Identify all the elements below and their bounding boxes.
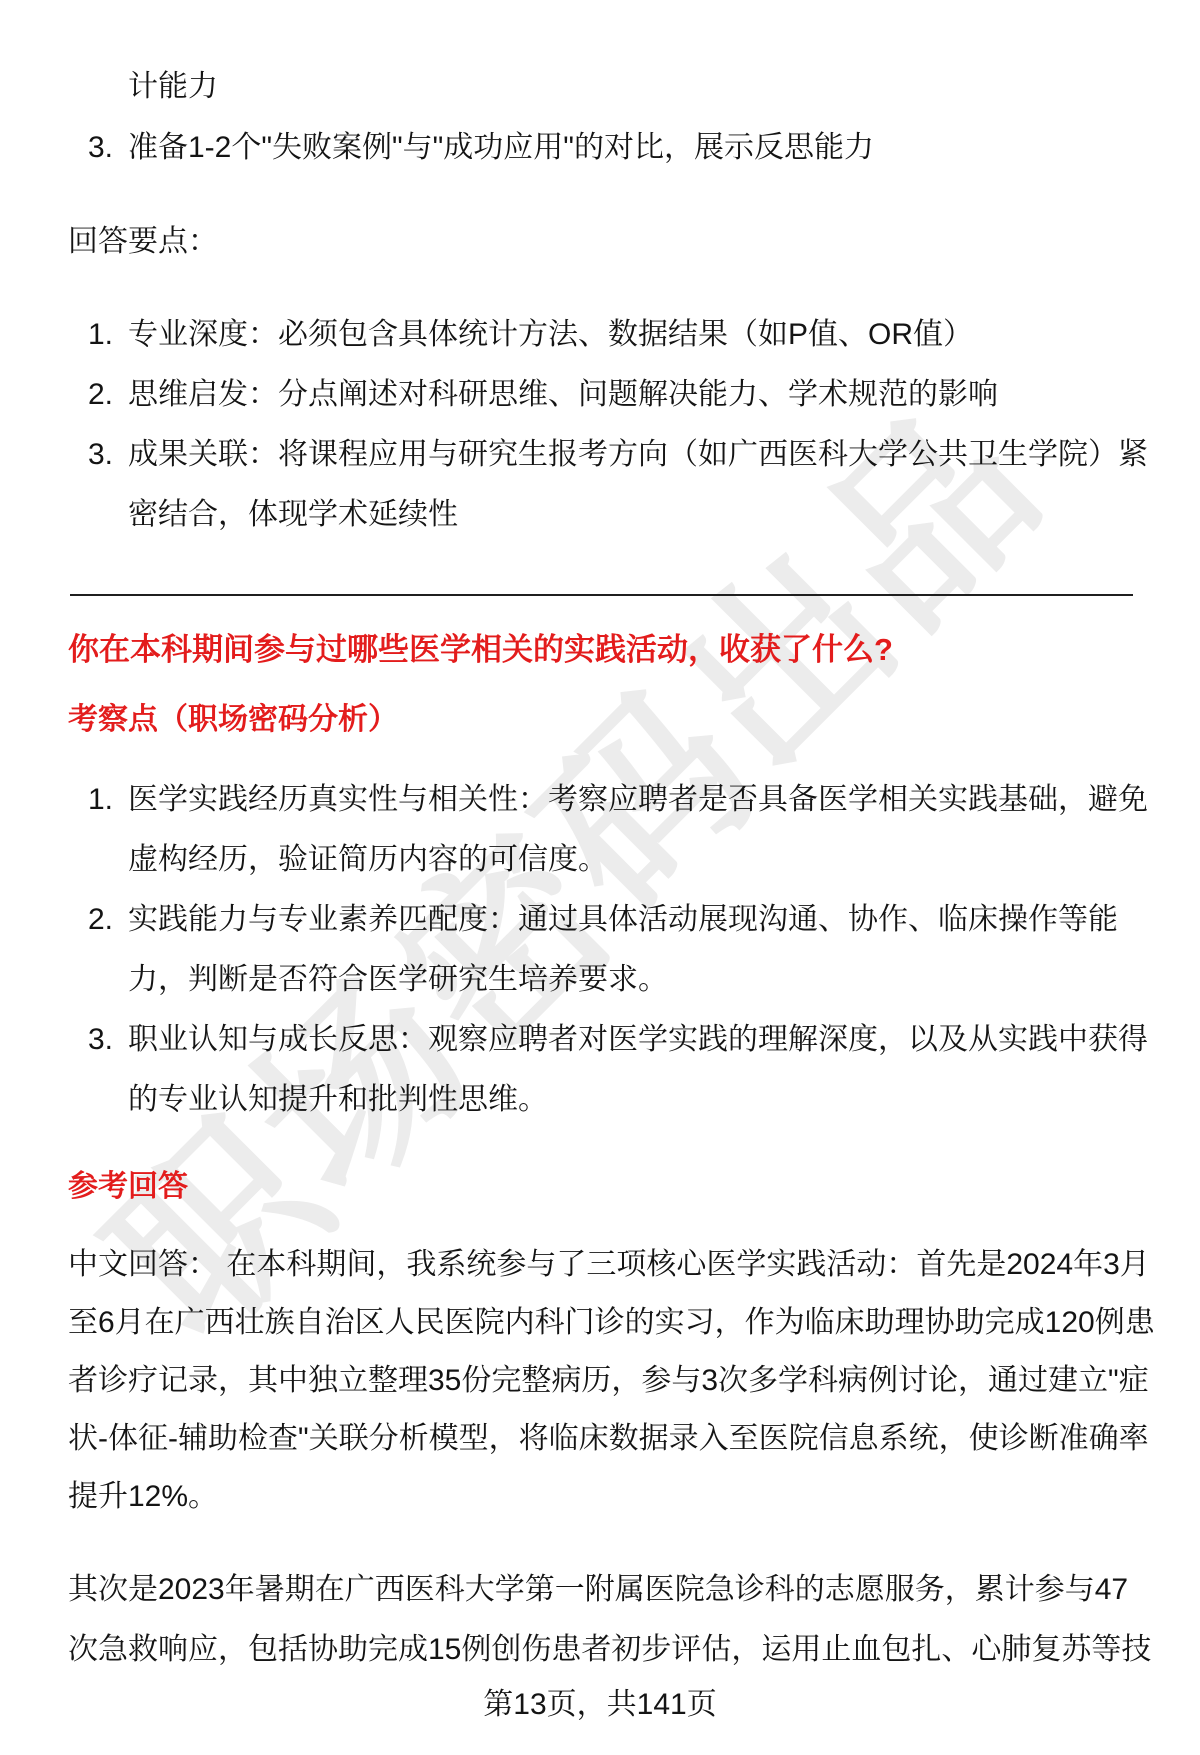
list-item-continuation: 虚构经历，验证简历内容的可信度。 xyxy=(0,830,1200,890)
list-item-text: 思维启发：分点阐述对科研思维、问题解决能力、学术规范的影响 xyxy=(128,365,998,425)
list-item-text: 准备1-2个"失败案例"与"成功应用"的对比，展示反思能力 xyxy=(128,118,874,178)
list-item: 1. 医学实践经历真实性与相关性：考察应聘者是否具备医学相关实践基础，避免 xyxy=(0,770,1200,830)
paragraph-line: 状-体征-辅助检查"关联分析模型，将临床数据录入至医院信息系统，使诊断准确率 xyxy=(68,1410,1200,1468)
list-item: 3. 成果关联：将课程应用与研究生报考方向（如广西医科大学公共卫生学院）紧 xyxy=(0,425,1200,485)
paragraph-line: 次急救响应，包括协助完成15例创伤患者初步评估，运用止血包扎、心肺复苏等技 xyxy=(68,1620,1200,1680)
list-item-text: 职业认知与成长反思：观察应聘者对医学实践的理解深度，以及从实践中获得 xyxy=(128,1010,1148,1070)
list-item-text: 虚构经历，验证简历内容的可信度。 xyxy=(128,830,608,890)
document-content: 计能力 3. 准备1-2个"失败案例"与"成功应用"的对比，展示反思能力 回答要… xyxy=(0,0,1200,1755)
list-item-text: 力，判断是否符合医学研究生培养要求。 xyxy=(128,950,668,1010)
paragraph-line: 其次是2023年暑期在广西医科大学第一附属医院急诊科的志愿服务，累计参与47 xyxy=(68,1560,1200,1620)
list-item-continuation: 的专业认知提升和批判性思维。 xyxy=(0,1070,1200,1130)
list-item-text: 密结合，体现学术延续性 xyxy=(128,485,458,545)
carryover-line: 计能力 xyxy=(0,57,1200,117)
answer-points-label-row: 回答要点： xyxy=(0,212,1200,272)
list-item-text: 成果关联：将课程应用与研究生报考方向（如广西医科大学公共卫生学院）紧 xyxy=(128,425,1148,485)
list-item: 3. 准备1-2个"失败案例"与"成功应用"的对比，展示反思能力 xyxy=(0,118,1200,178)
list-item-number: 2. xyxy=(88,890,113,950)
paragraph-line: 者诊疗记录，其中独立整理35份完整病历，参与3次多学科病例讨论，通过建立"症 xyxy=(68,1352,1200,1410)
question-heading: 你在本科期间参与过哪些医学相关的实践活动，收获了什么? xyxy=(68,620,1200,680)
list-item-continuation: 力，判断是否符合医学研究生培养要求。 xyxy=(0,950,1200,1010)
list-item-continuation: 密结合，体现学术延续性 xyxy=(0,485,1200,545)
list-item-text: 医学实践经历真实性与相关性：考察应聘者是否具备医学相关实践基础，避免 xyxy=(128,770,1148,830)
list-item: 2. 思维启发：分点阐述对科研思维、问题解决能力、学术规范的影响 xyxy=(0,365,1200,425)
paragraph-line: 中文回答： 在本科期间，我系统参与了三项核心医学实践活动：首先是2024年3月 xyxy=(68,1236,1200,1294)
document-page: 职场密码出品 计能力 3. 准备1-2个"失败案例"与"成功应用"的对比，展示反… xyxy=(0,0,1200,1755)
paragraph-line: 提升12%。 xyxy=(68,1468,1200,1526)
list-item-number: 1. xyxy=(88,305,113,365)
answer-points-label: 回答要点： xyxy=(68,212,218,272)
list-item: 2. 实践能力与专业素养匹配度：通过具体活动展现沟通、协作、临床操作等能 xyxy=(0,890,1200,950)
list-item-number: 1. xyxy=(88,770,113,830)
examine-heading: 考察点（职场密码分析） xyxy=(68,690,1200,750)
list-item-number: 2. xyxy=(88,365,113,425)
list-item-text: 专业深度：必须包含具体统计方法、数据结果（如P值、OR值） xyxy=(128,305,973,365)
paragraph-line: 至6月在广西壮族自治区人民医院内科门诊的实习，作为临床助理协助完成120例患 xyxy=(68,1294,1200,1352)
list-item-number: 3. xyxy=(88,1010,113,1070)
list-item-number: 3. xyxy=(88,118,113,178)
list-item: 1. 专业深度：必须包含具体统计方法、数据结果（如P值、OR值） xyxy=(0,305,1200,365)
section-divider xyxy=(70,594,1133,596)
list-item-number: 3. xyxy=(88,425,113,485)
list-item: 3. 职业认知与成长反思：观察应聘者对医学实践的理解深度，以及从实践中获得 xyxy=(0,1010,1200,1070)
reference-answer-heading: 参考回答 xyxy=(68,1157,1200,1217)
carryover-text: 计能力 xyxy=(128,57,218,117)
page-footer: 第13页，共141页 xyxy=(0,1675,1200,1735)
list-item-text: 实践能力与专业素养匹配度：通过具体活动展现沟通、协作、临床操作等能 xyxy=(128,890,1118,950)
list-item-text: 的专业认知提升和批判性思维。 xyxy=(128,1070,548,1130)
